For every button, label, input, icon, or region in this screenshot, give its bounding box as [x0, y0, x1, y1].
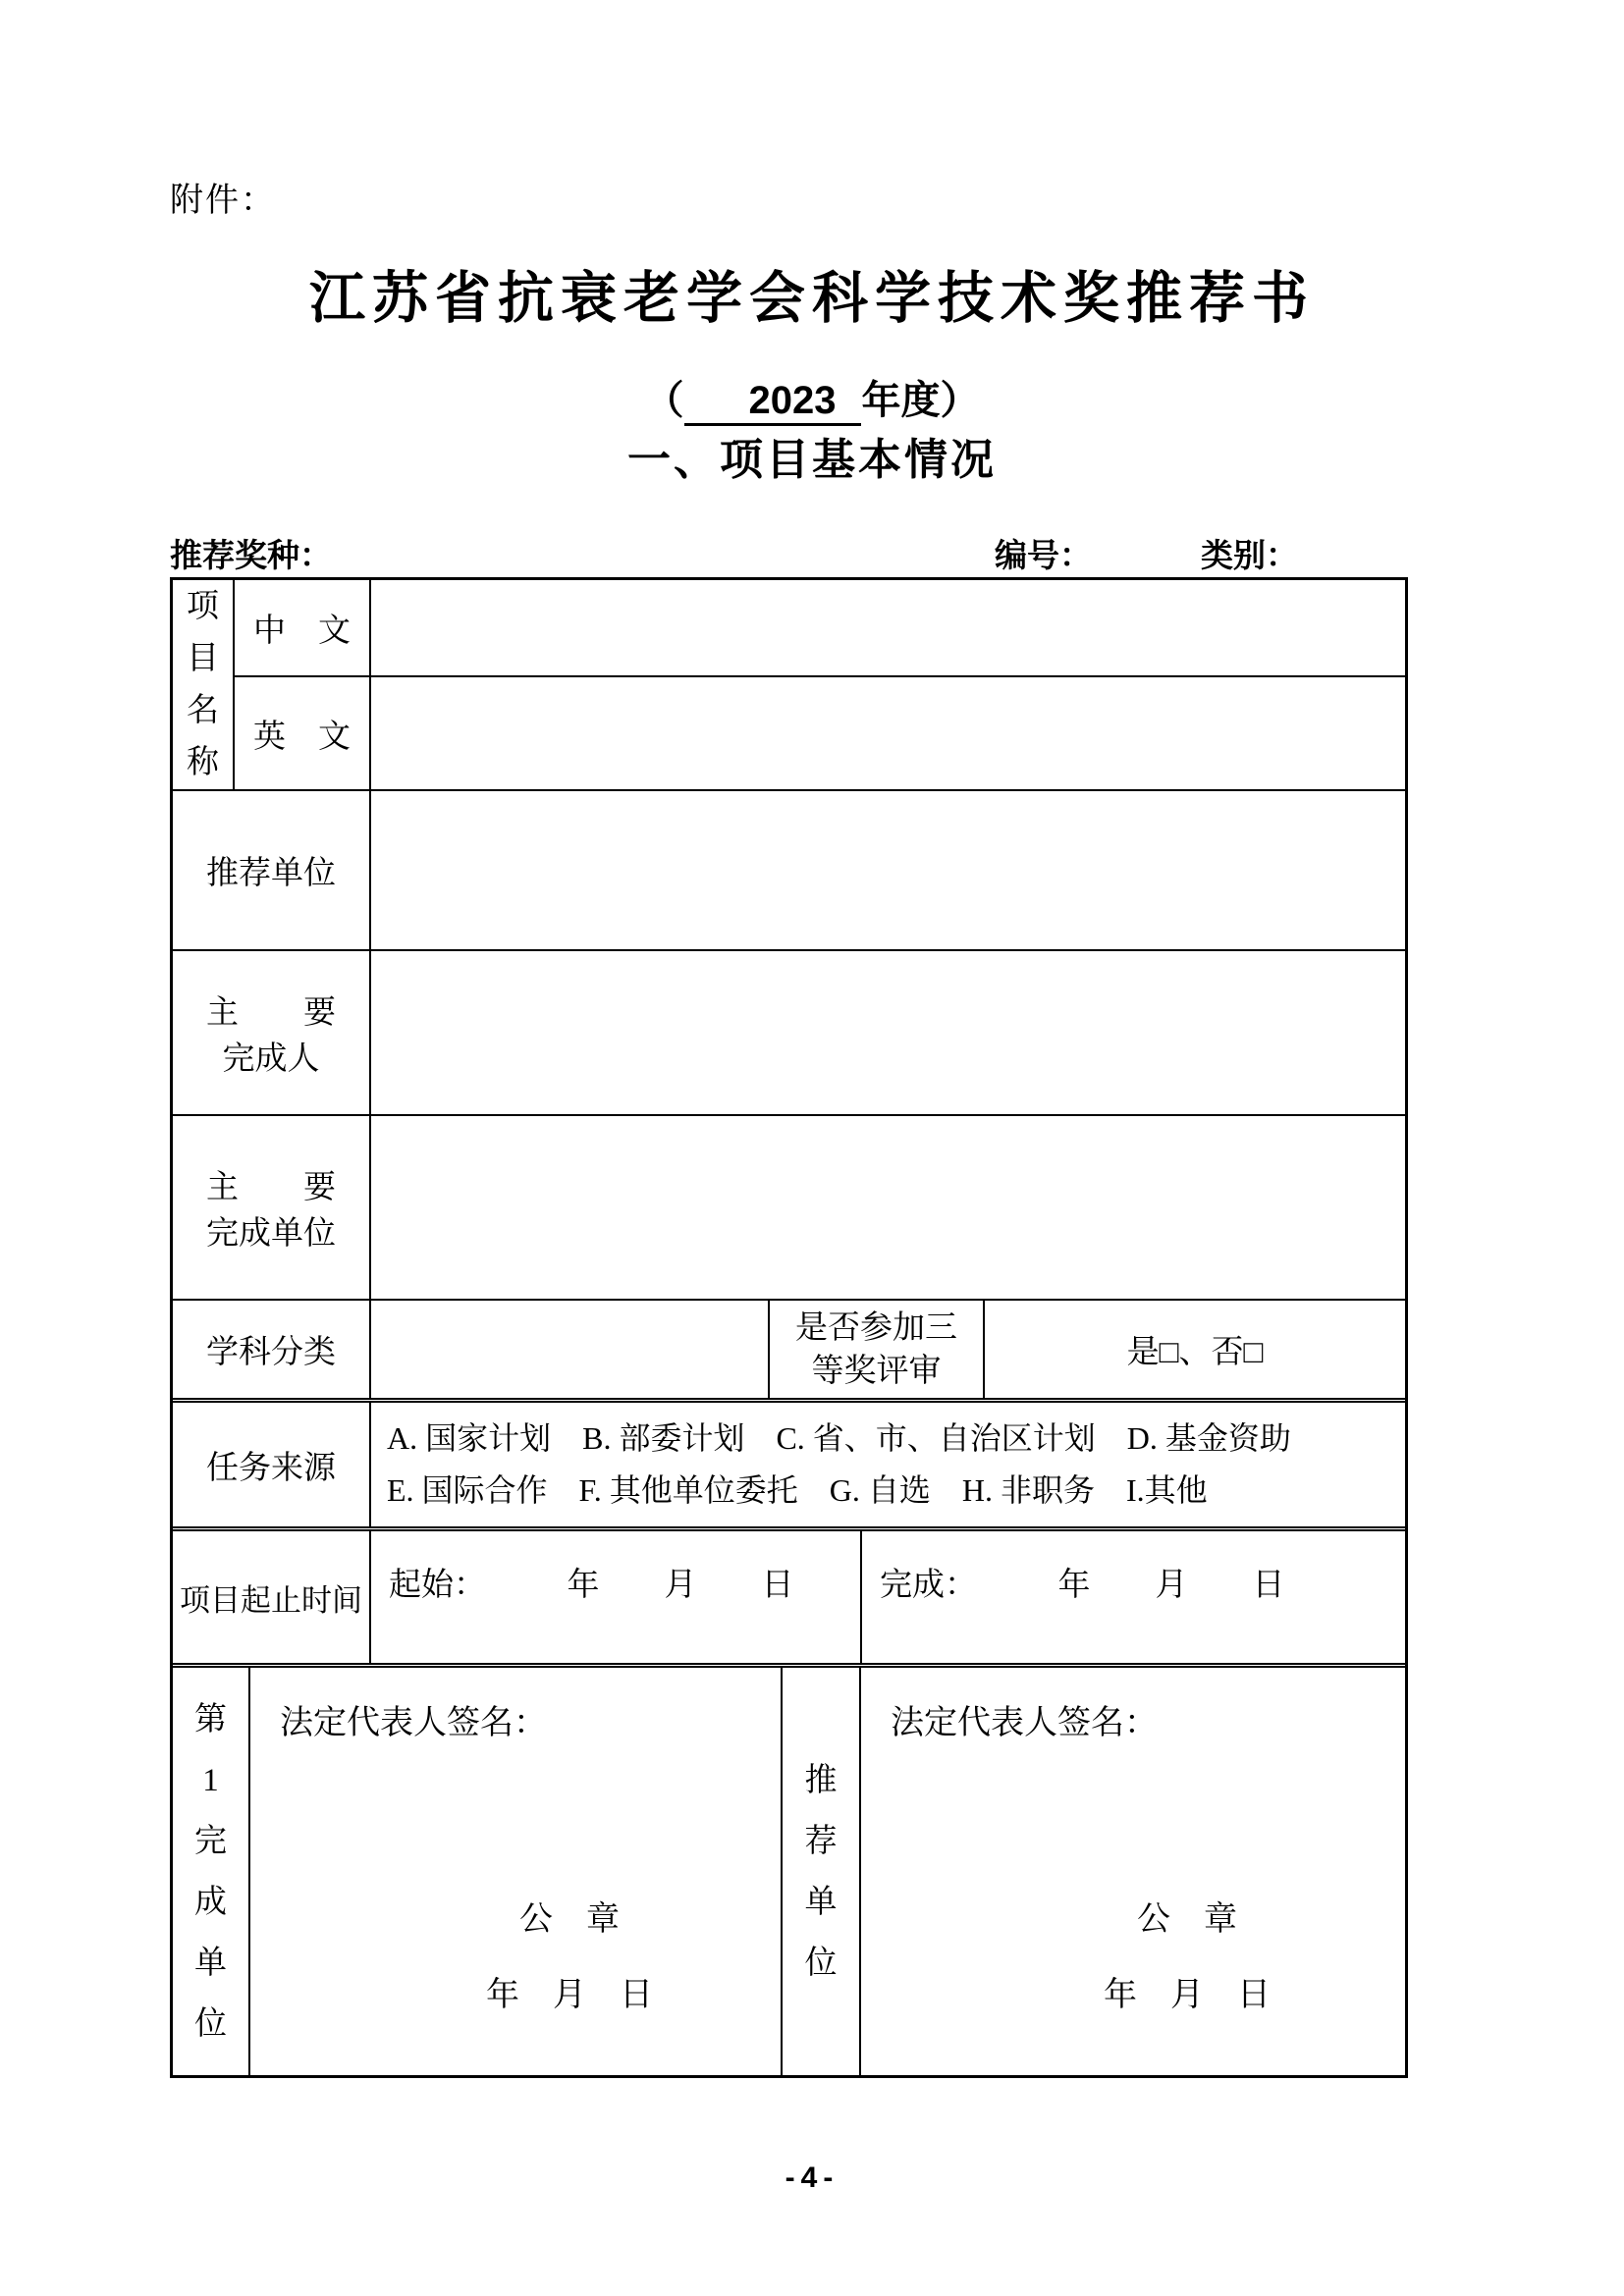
form-table: 项 目 名 称 中 文 英 文 推荐单位 主 要 完成人: [170, 577, 1408, 2078]
project-name-row: 项 目 名 称 中 文 英 文: [173, 580, 1405, 791]
task-source-label: 任务来源: [173, 1403, 371, 1526]
english-name-row: 英 文: [235, 677, 1405, 789]
award-kind-label: 推荐奖种：: [170, 530, 332, 576]
main-completers-label: 主 要 完成人: [173, 951, 371, 1114]
recommend-unit-label: 推荐单位: [173, 791, 371, 949]
chinese-name-row: 中 文: [235, 580, 1405, 677]
duration-label: 项目起止时间: [173, 1531, 371, 1663]
recommending-unit-label: 推 荐 单 位: [783, 1668, 861, 2075]
project-name-label: 项 目 名 称: [173, 580, 235, 789]
legal-sign-label: 法定代表人签名：: [280, 1695, 547, 1743]
english-label: 英 文: [235, 677, 371, 789]
seal-text-2: 公 章: [861, 1892, 1405, 1940]
project-name-subrows: 中 文 英 文: [235, 580, 1405, 789]
attachment-label: 附件：: [170, 173, 276, 221]
main-units-label: 主 要 完成单位: [173, 1116, 371, 1299]
first-unit-signature-area[interactable]: 法定代表人签名： 公 章 年 月 日: [250, 1668, 783, 2075]
main-completers-input[interactable]: [371, 951, 1405, 1114]
signature-row: 第 1 完 成 单 位 法定代表人签名： 公 章 年 月 日 推 荐 单 位 法…: [173, 1668, 1405, 2075]
document-page: 附件： 江苏省抗衰老学会科学技术奖推荐书 （ 2023 年度） 一、项目基本情况…: [0, 0, 1624, 2296]
year-value: 2023: [684, 380, 862, 426]
chinese-label: 中 文: [235, 580, 371, 675]
legal-sign-label-2: 法定代表人签名：: [891, 1695, 1158, 1743]
task-source-options[interactable]: A. 国家计划 B. 部委计划 C. 省、市、自治区计划 D. 基金资助 E. …: [371, 1403, 1405, 1526]
category-label: 类别：: [1201, 530, 1298, 576]
first-unit-label-text: 第 1 完 成 单 位: [194, 1689, 227, 2055]
recommending-unit-label-text: 推 荐 单 位: [805, 1750, 838, 1994]
discipline-label: 学科分类: [173, 1301, 371, 1398]
year-suffix: 年度）: [861, 379, 979, 422]
recommending-unit-signature-area[interactable]: 法定代表人签名： 公 章 年 月 日: [861, 1668, 1405, 2075]
page-number: -4-: [0, 2162, 1624, 2195]
discipline-row: 学科分类 是否参加三 等奖评审 是□、否□: [173, 1301, 1405, 1403]
duration-row: 项目起止时间 起始： 年 月 日 完成： 年 月 日: [173, 1531, 1405, 1668]
discipline-input[interactable]: [371, 1301, 770, 1398]
main-units-row: 主 要 完成单位: [173, 1116, 1405, 1301]
date-text-2: 年 月 日: [861, 1967, 1405, 2015]
english-name-input[interactable]: [371, 677, 1405, 789]
main-completers-row: 主 要 完成人: [173, 951, 1405, 1116]
section-title: 一、项目基本情况: [0, 424, 1624, 487]
main-units-input[interactable]: [371, 1116, 1405, 1299]
third-prize-question: 是否参加三 等奖评审: [770, 1301, 985, 1398]
recommend-unit-input[interactable]: [371, 791, 1405, 949]
project-name-label-text: 项 目 名 称: [187, 581, 219, 789]
start-date-field[interactable]: 起始： 年 月 日: [371, 1531, 862, 1663]
year-line: （ 2023 年度）: [0, 369, 1624, 426]
page-title: 江苏省抗衰老学会科学技术奖推荐书: [0, 253, 1624, 334]
task-source-row: 任务来源 A. 国家计划 B. 部委计划 C. 省、市、自治区计划 D. 基金资…: [173, 1403, 1405, 1531]
finish-date-field[interactable]: 完成： 年 月 日: [862, 1531, 1405, 1663]
date-text: 年 月 日: [250, 1967, 781, 2015]
seal-text: 公 章: [250, 1892, 781, 1940]
year-paren-open: （: [645, 379, 684, 422]
number-label: 编号：: [995, 530, 1092, 576]
meta-row: 推荐奖种： 编号： 类别：: [170, 530, 1408, 573]
chinese-name-input[interactable]: [371, 580, 1405, 675]
first-unit-label: 第 1 完 成 单 位: [173, 1668, 250, 2075]
yes-no-checkboxes[interactable]: 是□、否□: [985, 1301, 1405, 1398]
recommend-unit-row: 推荐单位: [173, 791, 1405, 951]
